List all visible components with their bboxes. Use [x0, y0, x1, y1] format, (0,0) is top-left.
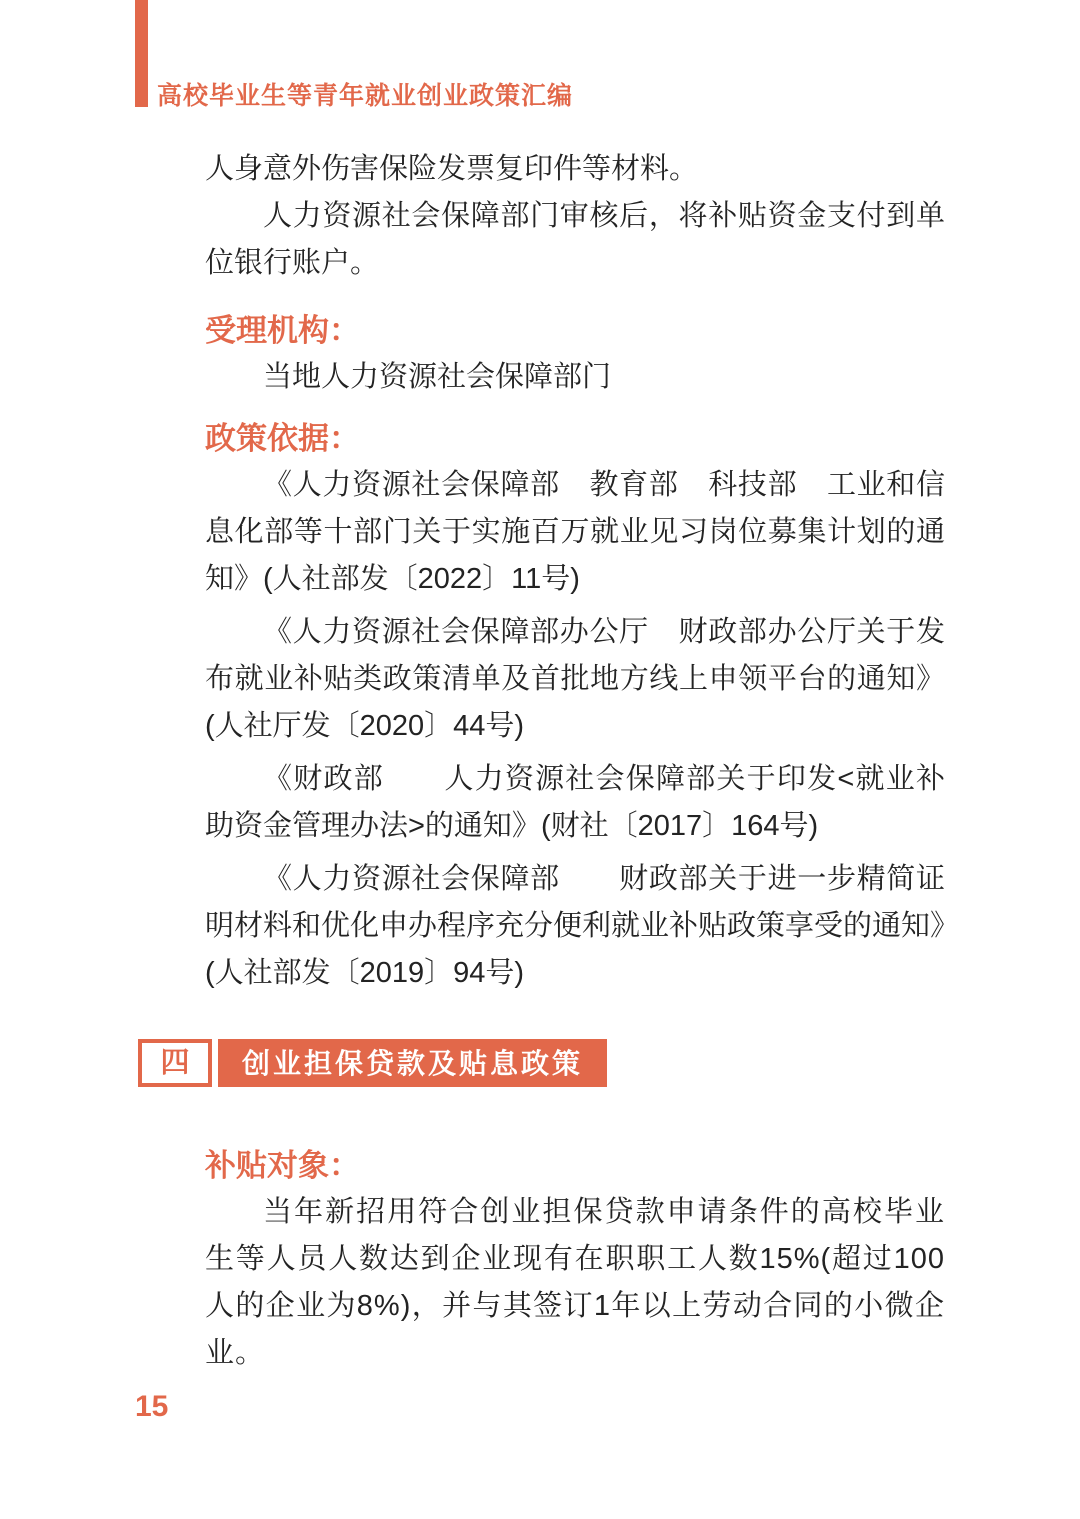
policy-citation: 《人力资源社会保障部办公厅 财政部办公厅关于发布就业补贴类政策清单及首批地方线上… — [205, 609, 945, 750]
citation-text: 《人力资源社会保障部办公厅 财政部办公厅关于发布就业补贴类政策清单及首批地方线上… — [205, 616, 945, 695]
heading-policy-basis: 政策依据： — [205, 415, 945, 462]
paragraph-materials: 人身意外伤害保险发票复印件等材料。 — [205, 146, 945, 193]
section-number-box: 四 — [138, 1039, 212, 1087]
citation-ref: (人社部发〔2022〕11号) — [263, 563, 580, 595]
content-column: 人身意外伤害保险发票复印件等材料。 人力资源社会保障部门审核后，将补贴资金支付到… — [205, 146, 945, 1377]
accent-bar — [135, 0, 148, 107]
accepting-org-text: 当地人力资源社会保障部门 — [205, 354, 945, 401]
document-page: 高校毕业生等青年就业创业政策汇编 人身意外伤害保险发票复印件等材料。 人力资源社… — [0, 0, 1080, 1519]
citation-ref: (人社厅发〔2020〕44号) — [205, 710, 524, 742]
heading-subsidy-target: 补贴对象： — [205, 1142, 945, 1189]
heading-accepting-org: 受理机构： — [205, 307, 945, 354]
citation-ref: (人社部发〔2019〕94号) — [205, 957, 524, 989]
policy-citation: 《人力资源社会保障部 财政部关于进一步精简证明材料和优化申办程序充分便利就业补贴… — [205, 856, 945, 997]
paragraph-payment: 人力资源社会保障部门审核后，将补贴资金支付到单位银行账户。 — [205, 193, 945, 287]
citation-ref: (财社〔2017〕164号) — [541, 810, 818, 842]
section-banner: 四 创业担保贷款及贴息政策 — [138, 1039, 945, 1087]
page-header-title: 高校毕业生等青年就业创业政策汇编 — [157, 76, 573, 112]
page-number: 15 — [135, 1390, 168, 1424]
section-number: 四 — [160, 1040, 189, 1087]
policy-citation: 《人力资源社会保障部 教育部 科技部 工业和信息化部等十部门关于实施百万就业见习… — [205, 462, 945, 603]
subsidy-target-text: 当年新招用符合创业担保贷款申请条件的高校毕业生等人员人数达到企业现有在职职工人数… — [205, 1189, 945, 1377]
section-title-box: 创业担保贷款及贴息政策 — [218, 1039, 607, 1087]
policy-citation: 《财政部 人力资源社会保障部关于印发<就业补助资金管理办法>的通知》(财社〔20… — [205, 756, 945, 850]
citation-text: 《人力资源社会保障部 财政部关于进一步精简证明材料和优化申办程序充分便利就业补贴… — [205, 863, 959, 942]
